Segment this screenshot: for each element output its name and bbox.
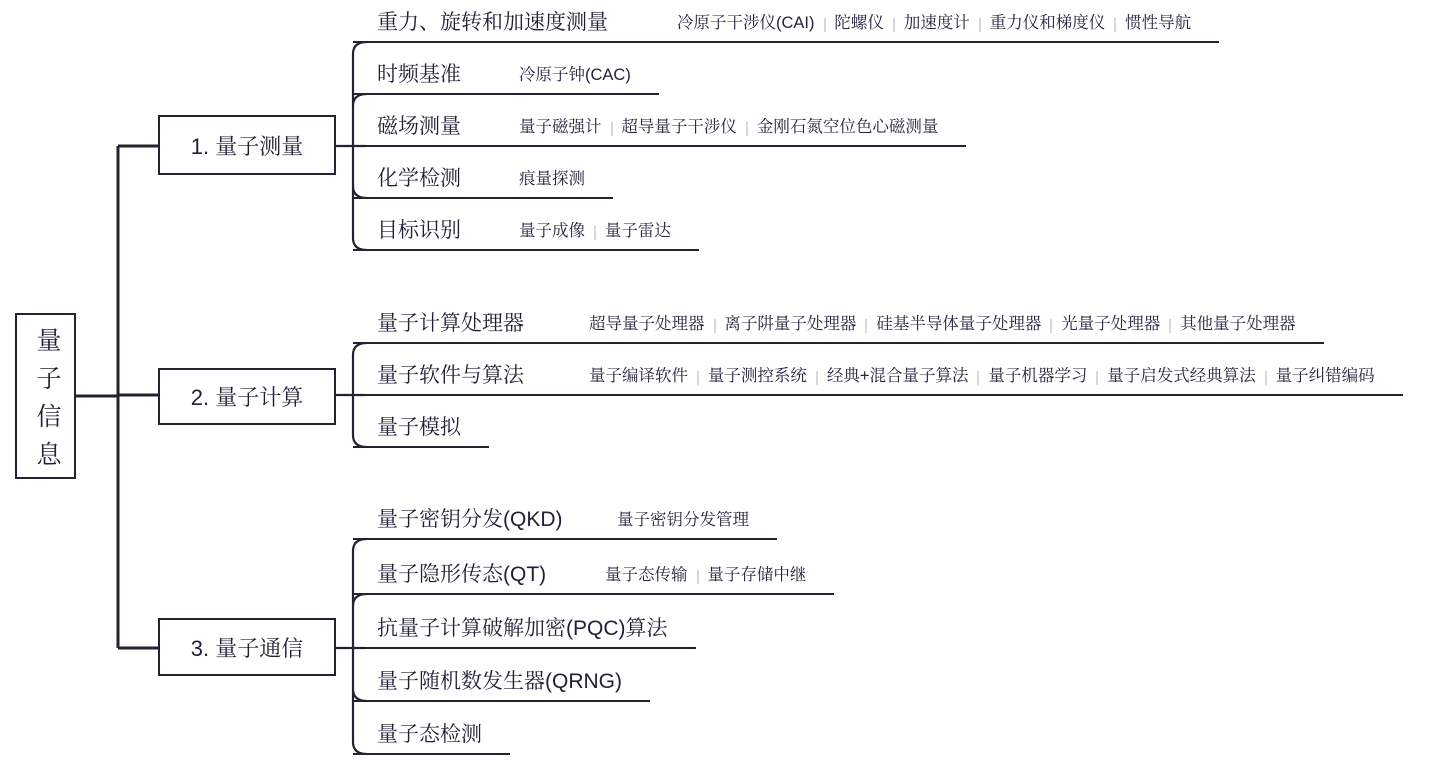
branch-node-label: 1. 量子测量 <box>191 130 303 161</box>
branch-node-quantum-computing[interactable]: 2. 量子计算 <box>158 368 336 425</box>
sub-item[interactable]: 重力仪和梯度仪 <box>990 14 1106 33</box>
sub-item[interactable]: 离子阱量子处理器 <box>724 315 856 334</box>
child-node-row[interactable]: 量子态检测 <box>353 715 510 755</box>
connector-path <box>76 146 158 648</box>
child-topic-label: 时频基准 <box>377 63 519 86</box>
child-topic-label: 量子密钥分发(QKD) <box>377 508 617 531</box>
sub-item[interactable]: 惯性导航 <box>1125 14 1191 33</box>
item-separator-icon: | <box>1050 318 1053 333</box>
branch-node-label: 3. 量子通信 <box>191 632 303 663</box>
sub-items-group: 量子编译软件|量子测控系统|经典+混合量子算法|量子机器学习|量子启发式经典算法… <box>589 367 1375 386</box>
item-separator-icon: | <box>594 225 597 240</box>
child-topic-label: 重力、旋转和加速度测量 <box>377 11 677 34</box>
child-node-row[interactable]: 量子密钥分发(QKD)量子密钥分发管理 <box>353 500 777 540</box>
child-node-row[interactable]: 时频基准冷原子钟(CAC) <box>353 55 659 95</box>
sub-items-group: 冷原子干涉仪(CAI)|陀螺仪|加速度计|重力仪和梯度仪|惯性导航 <box>677 14 1191 33</box>
child-topic-label: 抗量子计算破解加密(PQC)算法 <box>377 617 668 640</box>
sub-items-group: 量子态传输|量子存储中继 <box>605 566 806 585</box>
branch-node-label: 2. 量子计算 <box>191 381 303 412</box>
item-separator-icon: | <box>745 121 748 136</box>
sub-item[interactable]: 量子态传输 <box>605 566 688 585</box>
child-node-row[interactable]: 抗量子计算破解加密(PQC)算法 <box>353 609 696 649</box>
sub-item[interactable]: 其他量子处理器 <box>1180 315 1296 334</box>
item-separator-icon: | <box>697 370 700 385</box>
sub-item[interactable]: 经典+混合量子算法 <box>827 367 969 386</box>
child-node-row[interactable]: 量子计算处理器超导量子处理器|离子阱量子处理器|硅基半导体量子处理器|光量子处理… <box>353 304 1324 344</box>
sub-item[interactable]: 硅基半导体量子处理器 <box>876 315 1041 334</box>
item-separator-icon: | <box>865 318 868 333</box>
sub-items-group: 冷原子钟(CAC) <box>519 66 631 85</box>
child-topic-label: 化学检测 <box>377 167 519 190</box>
child-node-row[interactable]: 磁场测量量子磁强计|超导量子干涉仪|金刚石氮空位色心磁测量 <box>353 107 966 147</box>
item-separator-icon: | <box>823 17 826 32</box>
child-node-row[interactable]: 量子模拟 <box>353 408 489 448</box>
sub-items-group: 量子密钥分发管理 <box>617 511 749 530</box>
sub-item[interactable]: 量子存储中继 <box>707 566 806 585</box>
item-separator-icon: | <box>978 17 981 32</box>
sub-item[interactable]: 痕量探测 <box>519 170 585 189</box>
sub-item[interactable]: 超导量子干涉仪 <box>621 118 737 137</box>
item-separator-icon: | <box>1114 17 1117 32</box>
sub-item[interactable]: 加速度计 <box>904 14 970 33</box>
sub-items-group: 量子磁强计|超导量子干涉仪|金刚石氮空位色心磁测量 <box>519 118 938 137</box>
sub-item[interactable]: 陀螺仪 <box>834 14 884 33</box>
sub-item[interactable]: 光量子处理器 <box>1061 315 1160 334</box>
child-topic-label: 量子模拟 <box>377 416 461 439</box>
sub-items-group: 量子成像|量子雷达 <box>519 222 671 241</box>
sub-item[interactable]: 金刚石氮空位色心磁测量 <box>757 118 939 137</box>
sub-item[interactable]: 冷原子钟(CAC) <box>519 66 631 85</box>
child-topic-label: 量子态检测 <box>377 723 482 746</box>
sub-item[interactable]: 量子成像 <box>519 222 585 241</box>
item-separator-icon: | <box>696 569 699 584</box>
child-topic-label: 量子隐形传态(QT) <box>377 563 605 586</box>
item-separator-icon: | <box>610 121 613 136</box>
item-separator-icon: | <box>1096 370 1099 385</box>
branch-node-quantum-measurement[interactable]: 1. 量子测量 <box>158 115 336 175</box>
item-separator-icon: | <box>1169 318 1172 333</box>
sub-item[interactable]: 量子雷达 <box>605 222 671 241</box>
child-topic-label: 量子计算处理器 <box>377 312 589 335</box>
child-node-row[interactable]: 量子隐形传态(QT)量子态传输|量子存储中继 <box>353 555 834 595</box>
sub-item[interactable]: 量子机器学习 <box>988 367 1087 386</box>
sub-item[interactable]: 量子纠错编码 <box>1276 367 1375 386</box>
child-node-row[interactable]: 重力、旋转和加速度测量冷原子干涉仪(CAI)|陀螺仪|加速度计|重力仪和梯度仪|… <box>353 3 1219 43</box>
child-topic-label: 磁场测量 <box>377 115 519 138</box>
child-node-row[interactable]: 目标识别量子成像|量子雷达 <box>353 211 699 251</box>
root-node-label: 量子信息 <box>32 327 59 479</box>
child-topic-label: 量子随机数发生器(QRNG) <box>377 670 622 693</box>
item-separator-icon: | <box>713 318 716 333</box>
child-node-row[interactable]: 化学检测痕量探测 <box>353 159 613 199</box>
sub-item[interactable]: 冷原子干涉仪(CAI) <box>677 14 815 33</box>
sub-item[interactable]: 超导量子处理器 <box>589 315 705 334</box>
sub-item[interactable]: 量子启发式经典算法 <box>1107 367 1256 386</box>
sub-item[interactable]: 量子编译软件 <box>589 367 688 386</box>
item-separator-icon: | <box>815 370 818 385</box>
child-node-row[interactable]: 量子随机数发生器(QRNG) <box>353 662 650 702</box>
root-node[interactable]: 量子信息 <box>15 313 76 479</box>
branch-node-quantum-communication[interactable]: 3. 量子通信 <box>158 618 336 676</box>
mindmap-canvas: 量子信息 1. 量子测量 2. 量子计算 3. 量子通信 重力、旋转和加速度测量… <box>0 0 1451 766</box>
sub-items-group: 超导量子处理器|离子阱量子处理器|硅基半导体量子处理器|光量子处理器|其他量子处… <box>589 315 1296 334</box>
sub-items-group: 痕量探测 <box>519 170 585 189</box>
item-separator-icon: | <box>977 370 980 385</box>
child-topic-label: 目标识别 <box>377 219 519 242</box>
child-topic-label: 量子软件与算法 <box>377 364 589 387</box>
sub-item[interactable]: 量子磁强计 <box>519 118 602 137</box>
sub-item[interactable]: 量子密钥分发管理 <box>617 511 749 530</box>
item-separator-icon: | <box>1264 370 1267 385</box>
item-separator-icon: | <box>892 17 895 32</box>
sub-item[interactable]: 量子测控系统 <box>708 367 807 386</box>
child-node-row[interactable]: 量子软件与算法量子编译软件|量子测控系统|经典+混合量子算法|量子机器学习|量子… <box>353 356 1403 396</box>
